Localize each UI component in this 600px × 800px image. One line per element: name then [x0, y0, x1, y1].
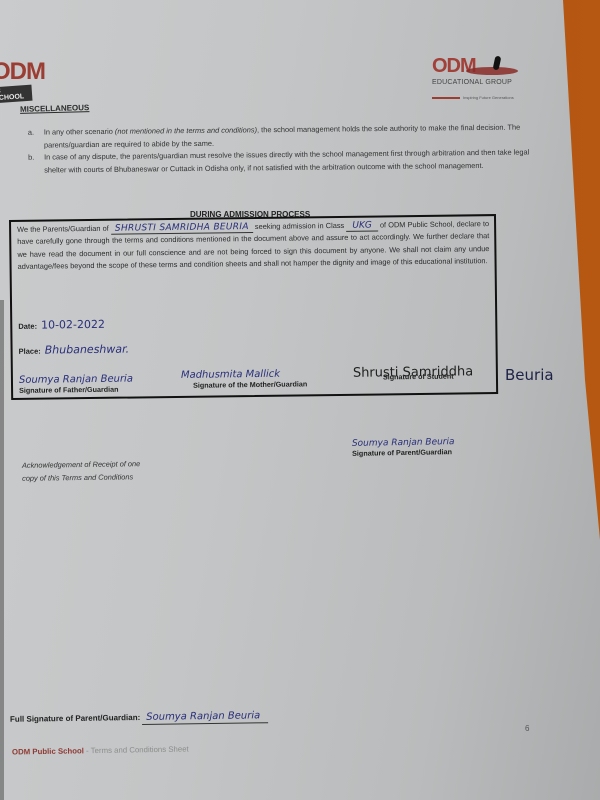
full-signature-row: Full Signature of Parent/Guardian:Soumya… — [10, 710, 268, 725]
full-signature-field[interactable]: Soumya Ranjan Beuria — [142, 710, 268, 725]
student-signature-block: Shrusti Samriddha Signature of Student — [353, 364, 473, 381]
miscellaneous-heading: MISCELLANEOUS — [20, 103, 90, 114]
footer: ODM Public School - Terms and Conditions… — [12, 744, 189, 756]
page-number: 6 — [525, 724, 529, 733]
document-page: ODM IC SCHOOL ODM EDUCATIONAL GROUP Insp… — [0, 0, 600, 800]
admission-declaration-box: We the Parents/Guardian of SHRUSTI SAMRI… — [9, 214, 498, 400]
acknowledgement-signature-label: Signature of Parent/Guardian — [352, 447, 455, 458]
father-signature-block: Soumya Ranjan Beuria Signature of Father… — [19, 373, 133, 394]
odm-public-school-logo: ODM IC SCHOOL — [0, 58, 32, 104]
ack-line-2: copy of this Terms and Conditions — [22, 470, 140, 485]
date-label: Date: — [18, 322, 37, 331]
logo-left-tagline: IC SCHOOL — [0, 85, 33, 104]
full-signature-label: Full Signature of Parent/Guardian: — [10, 713, 140, 724]
logo-divider — [432, 97, 460, 99]
page-edge-shadow — [0, 300, 4, 800]
acknowledgement-text: Acknowledgement of Receipt of one copy o… — [22, 457, 141, 485]
acknowledgement-signature-block: Soumya Ranjan Beuria Signature of Parent… — [352, 437, 455, 458]
item-text-italic: (not mentioned in the terms and conditio… — [115, 125, 257, 135]
declaration-part2: seeking admission in Class — [253, 221, 347, 231]
logo-right-slogan: Inspiring Future Generations — [463, 95, 514, 100]
date-row: Date:10-02-2022 — [18, 318, 105, 332]
item-marker: a. — [28, 127, 34, 140]
item-text: In any other scenario — [44, 127, 115, 137]
date-field[interactable]: 10-02-2022 — [41, 318, 105, 332]
declaration-text: We the Parents/Guardian of SHRUSTI SAMRI… — [17, 218, 490, 273]
mother-signature-block: Madhusmita Mallick Signature of the Moth… — [181, 368, 307, 390]
misc-item-b: b. In case of any dispute, the parents/g… — [28, 146, 548, 177]
place-row: Place:Bhubaneshwar. — [19, 343, 130, 357]
footer-school: ODM Public School — [12, 746, 84, 756]
swoosh-icon — [466, 67, 518, 75]
odm-educational-group-logo: ODM EDUCATIONAL GROUP Inspiring Future G… — [432, 55, 522, 104]
logo-right-brand: ODM — [432, 55, 476, 78]
student-name-field[interactable]: SHRUSTI SAMRIDHA BEURIA — [111, 222, 253, 235]
class-field[interactable]: UKG — [346, 220, 378, 231]
footer-title: Terms and Conditions Sheet — [91, 744, 189, 755]
logo-right-group: EDUCATIONAL GROUP — [432, 79, 522, 86]
mother-signature-label: Signature of the Mother/Guardian — [193, 379, 307, 389]
student-signature-overflow: Beuria — [505, 366, 554, 384]
logo-left-brand: ODM — [0, 58, 32, 86]
miscellaneous-list: a. In any other scenario (not mentioned … — [28, 121, 548, 177]
place-label: Place: — [19, 347, 41, 356]
declaration-part1: We the Parents/Guardian of — [17, 224, 111, 234]
item-text: In case of any dispute, the parents/guar… — [44, 148, 529, 175]
place-field[interactable]: Bhubaneshwar. — [45, 343, 130, 357]
item-marker: b. — [28, 152, 34, 165]
father-signature-label: Signature of Father/Guardian — [19, 384, 133, 394]
